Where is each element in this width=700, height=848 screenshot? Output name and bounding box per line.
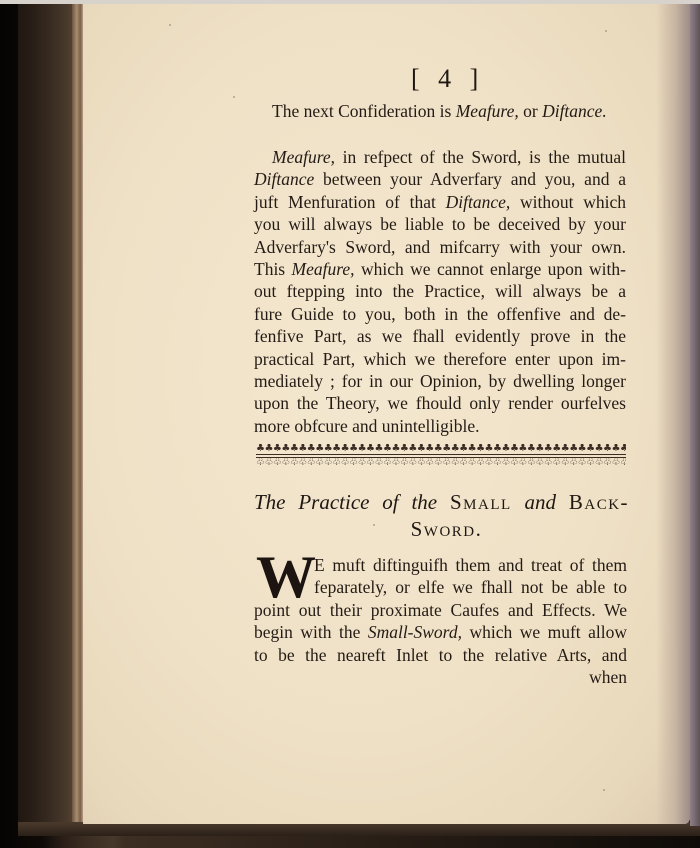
paragraph-measure: Meafure, in refpect of the Sword, is the… [254,146,626,437]
text-line: Adverfary's Sword, and mifcarry with you… [254,236,626,258]
italic-term: Diftance, [446,192,511,212]
book-scan: [ 4 ] The next Confideration is Meafure,… [0,0,700,848]
paragraph-practice: E muft diftinguifh them and treat of the… [254,554,627,688]
page-gutter-shadow [656,4,690,824]
lead-prefix: The next Confideration is [272,101,456,121]
section-heading: The Practice of the Small and Back- Swor… [254,489,629,543]
line-text: begin with the [254,622,368,642]
lead-term-distance: Diftance. [542,101,607,121]
paper-speck [603,789,605,791]
paper-speck [169,24,171,26]
book-cover-bottom [18,822,700,836]
line-text: in refpect of the Sword, is the mutual [335,147,626,167]
heading-line-1: The Practice of the Small and Back- [254,489,629,516]
text-line: to be the neareft Inlet to the relative … [254,644,627,666]
line-text: This [254,259,292,279]
heading-smallcaps: Small [450,490,512,514]
line-text: which we muft allow [462,622,627,642]
text-line: practical Part, which we therefore enter… [254,348,626,370]
ornament-band-bottom: ♧♧♧♧♧♧♧♧♧♧♧♧♧♧♧♧♧♧♧♧♧♧♧♧♧♧♧♧♧♧♧♧♧♧♧♧♧♧♧♧… [256,457,626,468]
paper-speck [605,30,607,32]
italic-term: Small-Sword, [368,622,462,642]
line-text: which we cannot enlarge upon with- [355,259,626,279]
italic-term: Meafure, [272,147,335,167]
italic-term: Diftance [254,169,314,189]
text-line: upon the Theory, we fhould only render o… [254,392,626,414]
text-line: juft Menfuration of that Diftance, witho… [254,191,626,213]
heading-italic: The Practice of the [254,490,437,514]
line-text: without which [510,192,626,212]
text-line: Diftance between your Adverfary and you,… [254,168,626,190]
text-line: begin with the Small-Sword, which we muf… [254,621,627,643]
text-line: fure Guide to you, both in the offenfive… [254,303,626,325]
text-line: point out their proximate Caufes and Eff… [254,599,627,621]
paper-speck [233,96,235,98]
text-line: Meafure, in refpect of the Sword, is the… [254,146,626,168]
lead-connector: or [519,101,542,121]
lead-term-measure: Meafure, [456,101,519,121]
heading-line-2: Sword. [254,516,629,543]
italic-term: Meafure, [292,259,355,279]
page-number: [ 4 ] [411,64,484,94]
book-cover-board [18,4,76,834]
line-text: juft Menfuration of that [254,192,446,212]
text-line: This Meafure, which we cannot enlarge up… [254,258,626,280]
text-line: out ftepping into the Practice, will alw… [254,280,626,302]
text-line: you will always be liable to be deceived… [254,213,626,235]
page-curve-shadow [690,4,700,826]
catchword: when [254,666,627,688]
line-text: between your Adverfary and you, and a [314,169,626,189]
text-line: E muft diftinguifh them and treat of the… [254,554,627,576]
heading-italic: and [525,490,557,514]
heading-smallcaps: Back- [569,490,629,514]
lead-sentence: The next Confideration is Meafure, or Di… [272,101,607,122]
ornament-band-top: ♣♣♣♣♣♣♣♣♣♣♣♣♣♣♣♣♣♣♣♣♣♣♣♣♣♣♣♣♣♣♣♣♣♣♣♣♣♣♣♣… [256,444,626,455]
text-line-last: more obfcure and unintelligible. [254,415,626,437]
text-line: mediately ; for in our Opinion, by dwell… [254,370,626,392]
text-line: fenfive Part, as we fhall evidently prov… [254,325,626,347]
text-line: feparately, or elfe we fhall not be able… [254,576,627,598]
